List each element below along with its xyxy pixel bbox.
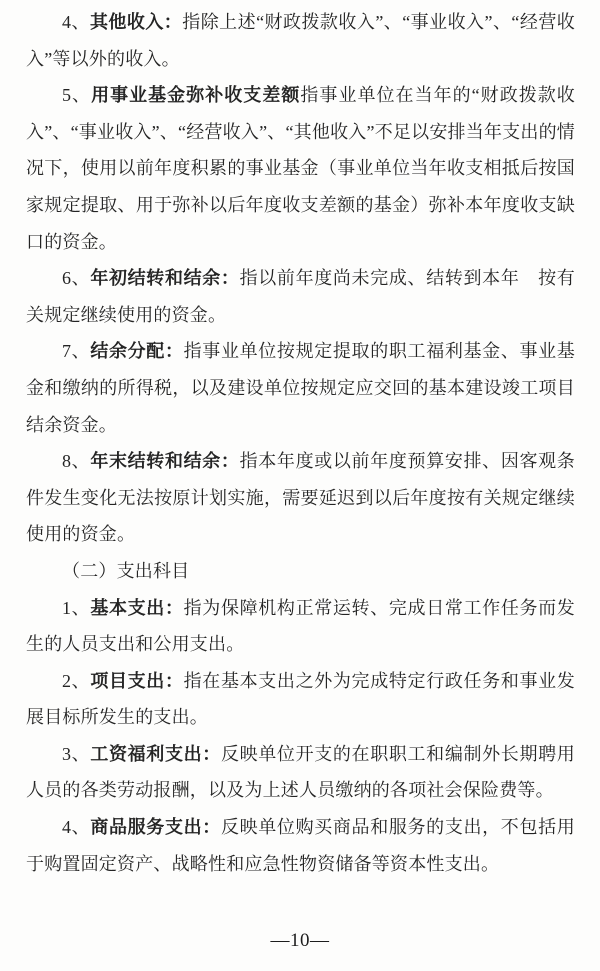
item-number: 3、: [62, 744, 90, 764]
item-term: 年初结转和结余：: [90, 268, 239, 288]
item-number: 7、: [62, 341, 90, 361]
item-definition: 指事业单位在当年的“财政拨款收入”、“事业收入”、“经营收入”、“其他收入”不足…: [26, 85, 575, 251]
item-number: 4、: [62, 12, 90, 32]
item-term: 商品服务支出：: [90, 817, 221, 837]
item-term: 基本支出：: [90, 598, 183, 618]
section-heading-text: （二）支出科目: [62, 561, 189, 581]
expense-item-project: 2、项目支出：指在基本支出之外为完成特定行政任务和事业发展目标所发生的支出。: [26, 663, 575, 736]
item-number: 2、: [62, 671, 90, 691]
income-item-surplus-distribution: 7、结余分配：指事业单位按规定提取的职工福利基金、事业基金和缴纳的所得税，以及建…: [26, 333, 575, 443]
item-term: 结余分配：: [90, 341, 183, 361]
item-number: 6、: [62, 268, 90, 288]
expense-item-basic: 1、基本支出：指为保障机构正常运转、完成日常工作任务而发生的人员支出和公用支出。: [26, 590, 575, 663]
item-number: 1、: [62, 598, 90, 618]
income-item-other-income: 4、其他收入：指除上述“财政拨款收入”、“事业收入”、“经营收入”等以外的收入。: [26, 4, 575, 77]
item-term: 年末结转和结余：: [90, 451, 239, 471]
item-term: 工资福利支出：: [90, 744, 221, 764]
item-term: 其他收入：: [90, 12, 182, 32]
document-body: 4、其他收入：指除上述“财政拨款收入”、“事业收入”、“经营收入”等以外的收入。…: [26, 4, 575, 882]
income-item-fund-offset: 5、用事业基金弥补收支差额指事业单位在当年的“财政拨款收入”、“事业收入”、“经…: [26, 77, 575, 260]
item-number: 8、: [62, 451, 90, 471]
page-number: —10—: [0, 929, 600, 953]
item-number: 4、: [62, 817, 90, 837]
income-item-carryover-year-end: 8、年末结转和结余：指本年度或以前年度预算安排、因客观条件发生变化无法按原计划实…: [26, 443, 575, 553]
expense-item-wages-welfare: 3、工资福利支出：反映单位开支的在职职工和编制外长期聘用人员的各类劳动报酬，以及…: [26, 736, 575, 809]
income-item-carryover-begin-year: 6、年初结转和结余：指以前年度尚未完成、结转到本年 按有关规定继续使用的资金。: [26, 260, 575, 333]
item-term: 项目支出：: [90, 671, 183, 691]
item-number: 5、: [62, 85, 91, 105]
section-heading-expense-subjects: （二）支出科目: [26, 553, 575, 590]
item-term: 用事业基金弥补收支差额: [91, 85, 300, 105]
expense-item-goods-services: 4、商品服务支出：反映单位购买商品和服务的支出，不包括用于购置固定资产、战略性和…: [26, 809, 575, 882]
document-page: 4、其他收入：指除上述“财政拨款收入”、“事业收入”、“经营收入”等以外的收入。…: [0, 0, 600, 971]
